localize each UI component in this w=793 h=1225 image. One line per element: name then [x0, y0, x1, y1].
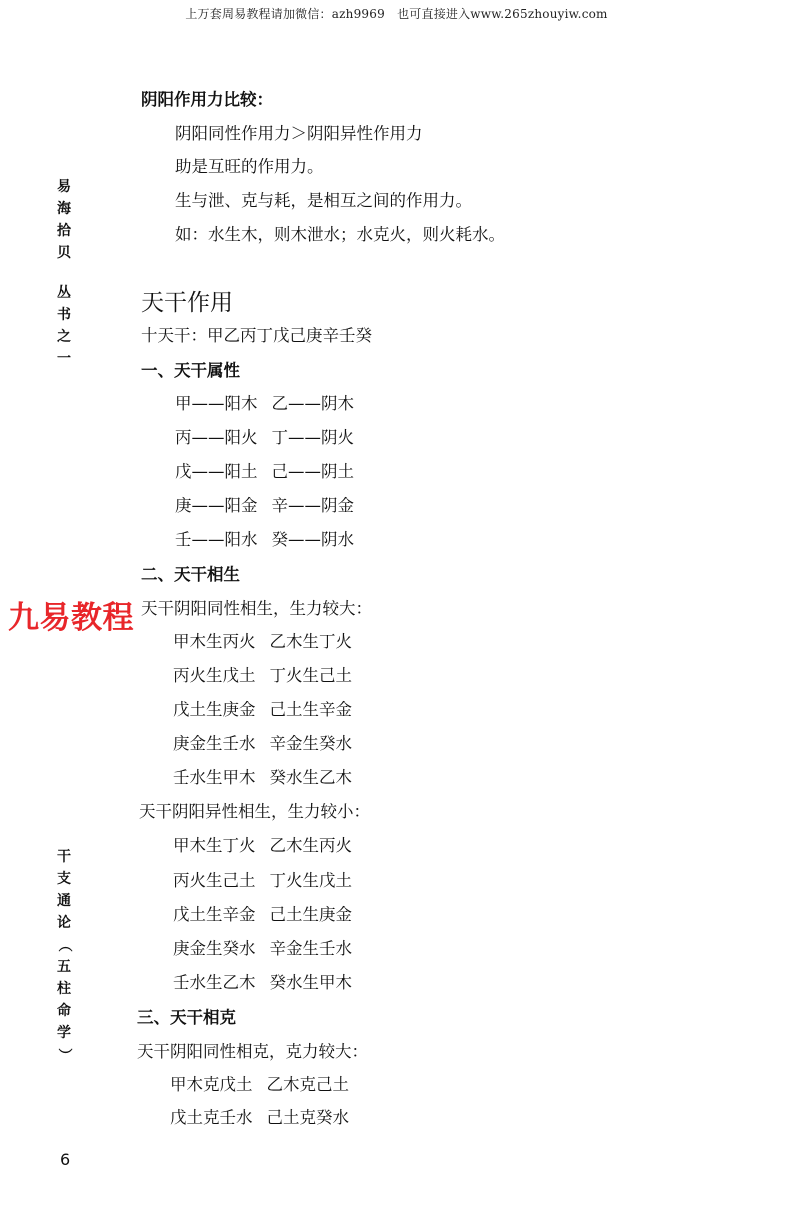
series-title-vertical: 易 海 拾 贝 丛 书 之 一 — [54, 176, 74, 370]
series-char: 海 — [54, 198, 74, 220]
comparison-line: 阴阳同性作用力＞阴阳异性作用力 — [175, 120, 423, 144]
sheng-item: 丁火生戊土 — [270, 871, 353, 890]
page-number: 6 — [60, 1150, 70, 1169]
sheng-row: 庚金生癸水辛金生壬水 — [173, 935, 352, 959]
sheng-item: 己土生辛金 — [270, 700, 353, 719]
sheng-row: 戊土生辛金己土生庚金 — [173, 901, 352, 925]
attribute-yang: 戊——阳土 — [175, 462, 258, 481]
sheng-row: 丙火生己土丁火生戊土 — [173, 867, 352, 891]
ke-heading: 三、天干相克 — [137, 1004, 236, 1028]
sheng-item: 戊土生庚金 — [173, 700, 256, 719]
ke-item: 乙木克己土 — [267, 1075, 350, 1094]
series-char: 书 — [54, 304, 74, 326]
sheng-row: 戊土生庚金己土生辛金 — [173, 696, 352, 720]
book-char: 学 — [54, 1022, 74, 1044]
book-char: 柱 — [54, 978, 74, 1000]
attribute-row: 壬——阳水癸——阴水 — [175, 526, 354, 550]
book-char: 通 — [54, 890, 74, 912]
attribute-yang: 丙——阳火 — [175, 428, 258, 447]
series-char: 一 — [54, 348, 74, 370]
sheng-item: 壬水生甲木 — [173, 768, 256, 787]
attribute-yin: 丁——阴火 — [272, 428, 355, 447]
comparison-line: 助是互旺的作用力。 — [175, 153, 324, 177]
ke-row: 甲木克戊土乙木克己土 — [170, 1071, 349, 1095]
attribute-yin: 癸——阴水 — [272, 530, 355, 549]
sheng-item: 甲木生丙火 — [173, 632, 256, 651]
sheng-row: 壬水生甲木癸水生乙木 — [173, 764, 352, 788]
attribute-yang: 壬——阳水 — [175, 530, 258, 549]
series-char: 丛 — [54, 282, 74, 304]
book-char: 命 — [54, 1000, 74, 1022]
attribute-yin: 乙——阴木 — [272, 394, 355, 413]
sheng-same-label: 天干阴阳同性相生，生力较大： — [141, 595, 372, 619]
attribute-row: 戊——阳土己——阴土 — [175, 458, 354, 482]
book-char: 干 — [54, 846, 74, 868]
attributes-heading: 一、天干属性 — [141, 357, 240, 381]
sheng-item: 癸水生甲木 — [270, 973, 353, 992]
comparison-line: 如：水生木，则木泄水；水克火，则火耗水。 — [175, 221, 505, 245]
sheng-item: 丁火生己土 — [270, 666, 353, 685]
series-char: 拾 — [54, 220, 74, 242]
sheng-heading: 二、天干相生 — [141, 561, 240, 585]
sheng-item: 壬水生乙木 — [173, 973, 256, 992]
sheng-row: 庚金生壬水辛金生癸水 — [173, 730, 352, 754]
section-title: 天干作用 — [141, 284, 233, 317]
ke-item: 己土克癸水 — [267, 1108, 350, 1127]
sheng-item: 辛金生癸水 — [270, 734, 353, 753]
sheng-item: 辛金生壬水 — [270, 939, 353, 958]
ke-item: 戊土克壬水 — [170, 1108, 253, 1127]
book-char: （ — [53, 935, 75, 955]
sheng-row: 甲木生丙火乙木生丁火 — [173, 628, 352, 652]
watermark-header: 上万套周易教程请加微信：azh9969 也可直接进入www.265zhouyiw… — [0, 5, 793, 22]
series-gap — [54, 264, 74, 282]
sheng-item: 丙火生己土 — [173, 871, 256, 890]
sheng-item: 癸水生乙木 — [270, 768, 353, 787]
comparison-heading: 阴阳作用力比较： — [141, 86, 273, 110]
attribute-yin: 辛——阴金 — [272, 496, 355, 515]
series-char: 贝 — [54, 242, 74, 264]
book-char: ） — [53, 1045, 75, 1065]
attribute-row: 庚——阳金辛——阴金 — [175, 492, 354, 516]
series-char: 易 — [54, 176, 74, 198]
tiangan-intro: 十天干：甲乙丙丁戊己庚辛壬癸 — [141, 322, 372, 346]
sheng-item: 乙木生丁火 — [270, 632, 353, 651]
sheng-row: 甲木生丁火乙木生丙火 — [173, 832, 352, 856]
watermark-logo: 九易教程 — [8, 592, 134, 637]
sheng-item: 戊土生辛金 — [173, 905, 256, 924]
sheng-item: 丙火生戊土 — [173, 666, 256, 685]
series-char: 之 — [54, 326, 74, 348]
attribute-yin: 己——阴土 — [272, 462, 355, 481]
ke-row: 戊土克壬水己土克癸水 — [170, 1104, 349, 1128]
book-char: 支 — [54, 868, 74, 890]
attribute-row: 丙——阳火丁——阴火 — [175, 424, 354, 448]
sheng-row: 壬水生乙木癸水生甲木 — [173, 969, 352, 993]
book-title-vertical: 干 支 通 论 （ 五 柱 命 学 ） — [54, 846, 74, 1066]
sheng-item: 己土生庚金 — [270, 905, 353, 924]
sheng-item: 甲木生丁火 — [173, 836, 256, 855]
attribute-row: 甲——阳木乙——阴木 — [175, 390, 354, 414]
ke-same-label: 天干阴阳同性相克，克力较大： — [137, 1038, 368, 1062]
book-char: 五 — [54, 956, 74, 978]
attribute-yang: 庚——阳金 — [175, 496, 258, 515]
sheng-item: 乙木生丙火 — [270, 836, 353, 855]
ke-item: 甲木克戊土 — [170, 1075, 253, 1094]
sheng-item: 庚金生癸水 — [173, 939, 256, 958]
sheng-diff-label: 天干阴阳异性相生，生力较小： — [139, 798, 370, 822]
attribute-yang: 甲——阳木 — [175, 394, 258, 413]
sheng-row: 丙火生戊土丁火生己土 — [173, 662, 352, 686]
book-char: 论 — [54, 912, 74, 934]
comparison-line: 生与泄、克与耗，是相互之间的作用力。 — [175, 187, 472, 211]
sheng-item: 庚金生壬水 — [173, 734, 256, 753]
